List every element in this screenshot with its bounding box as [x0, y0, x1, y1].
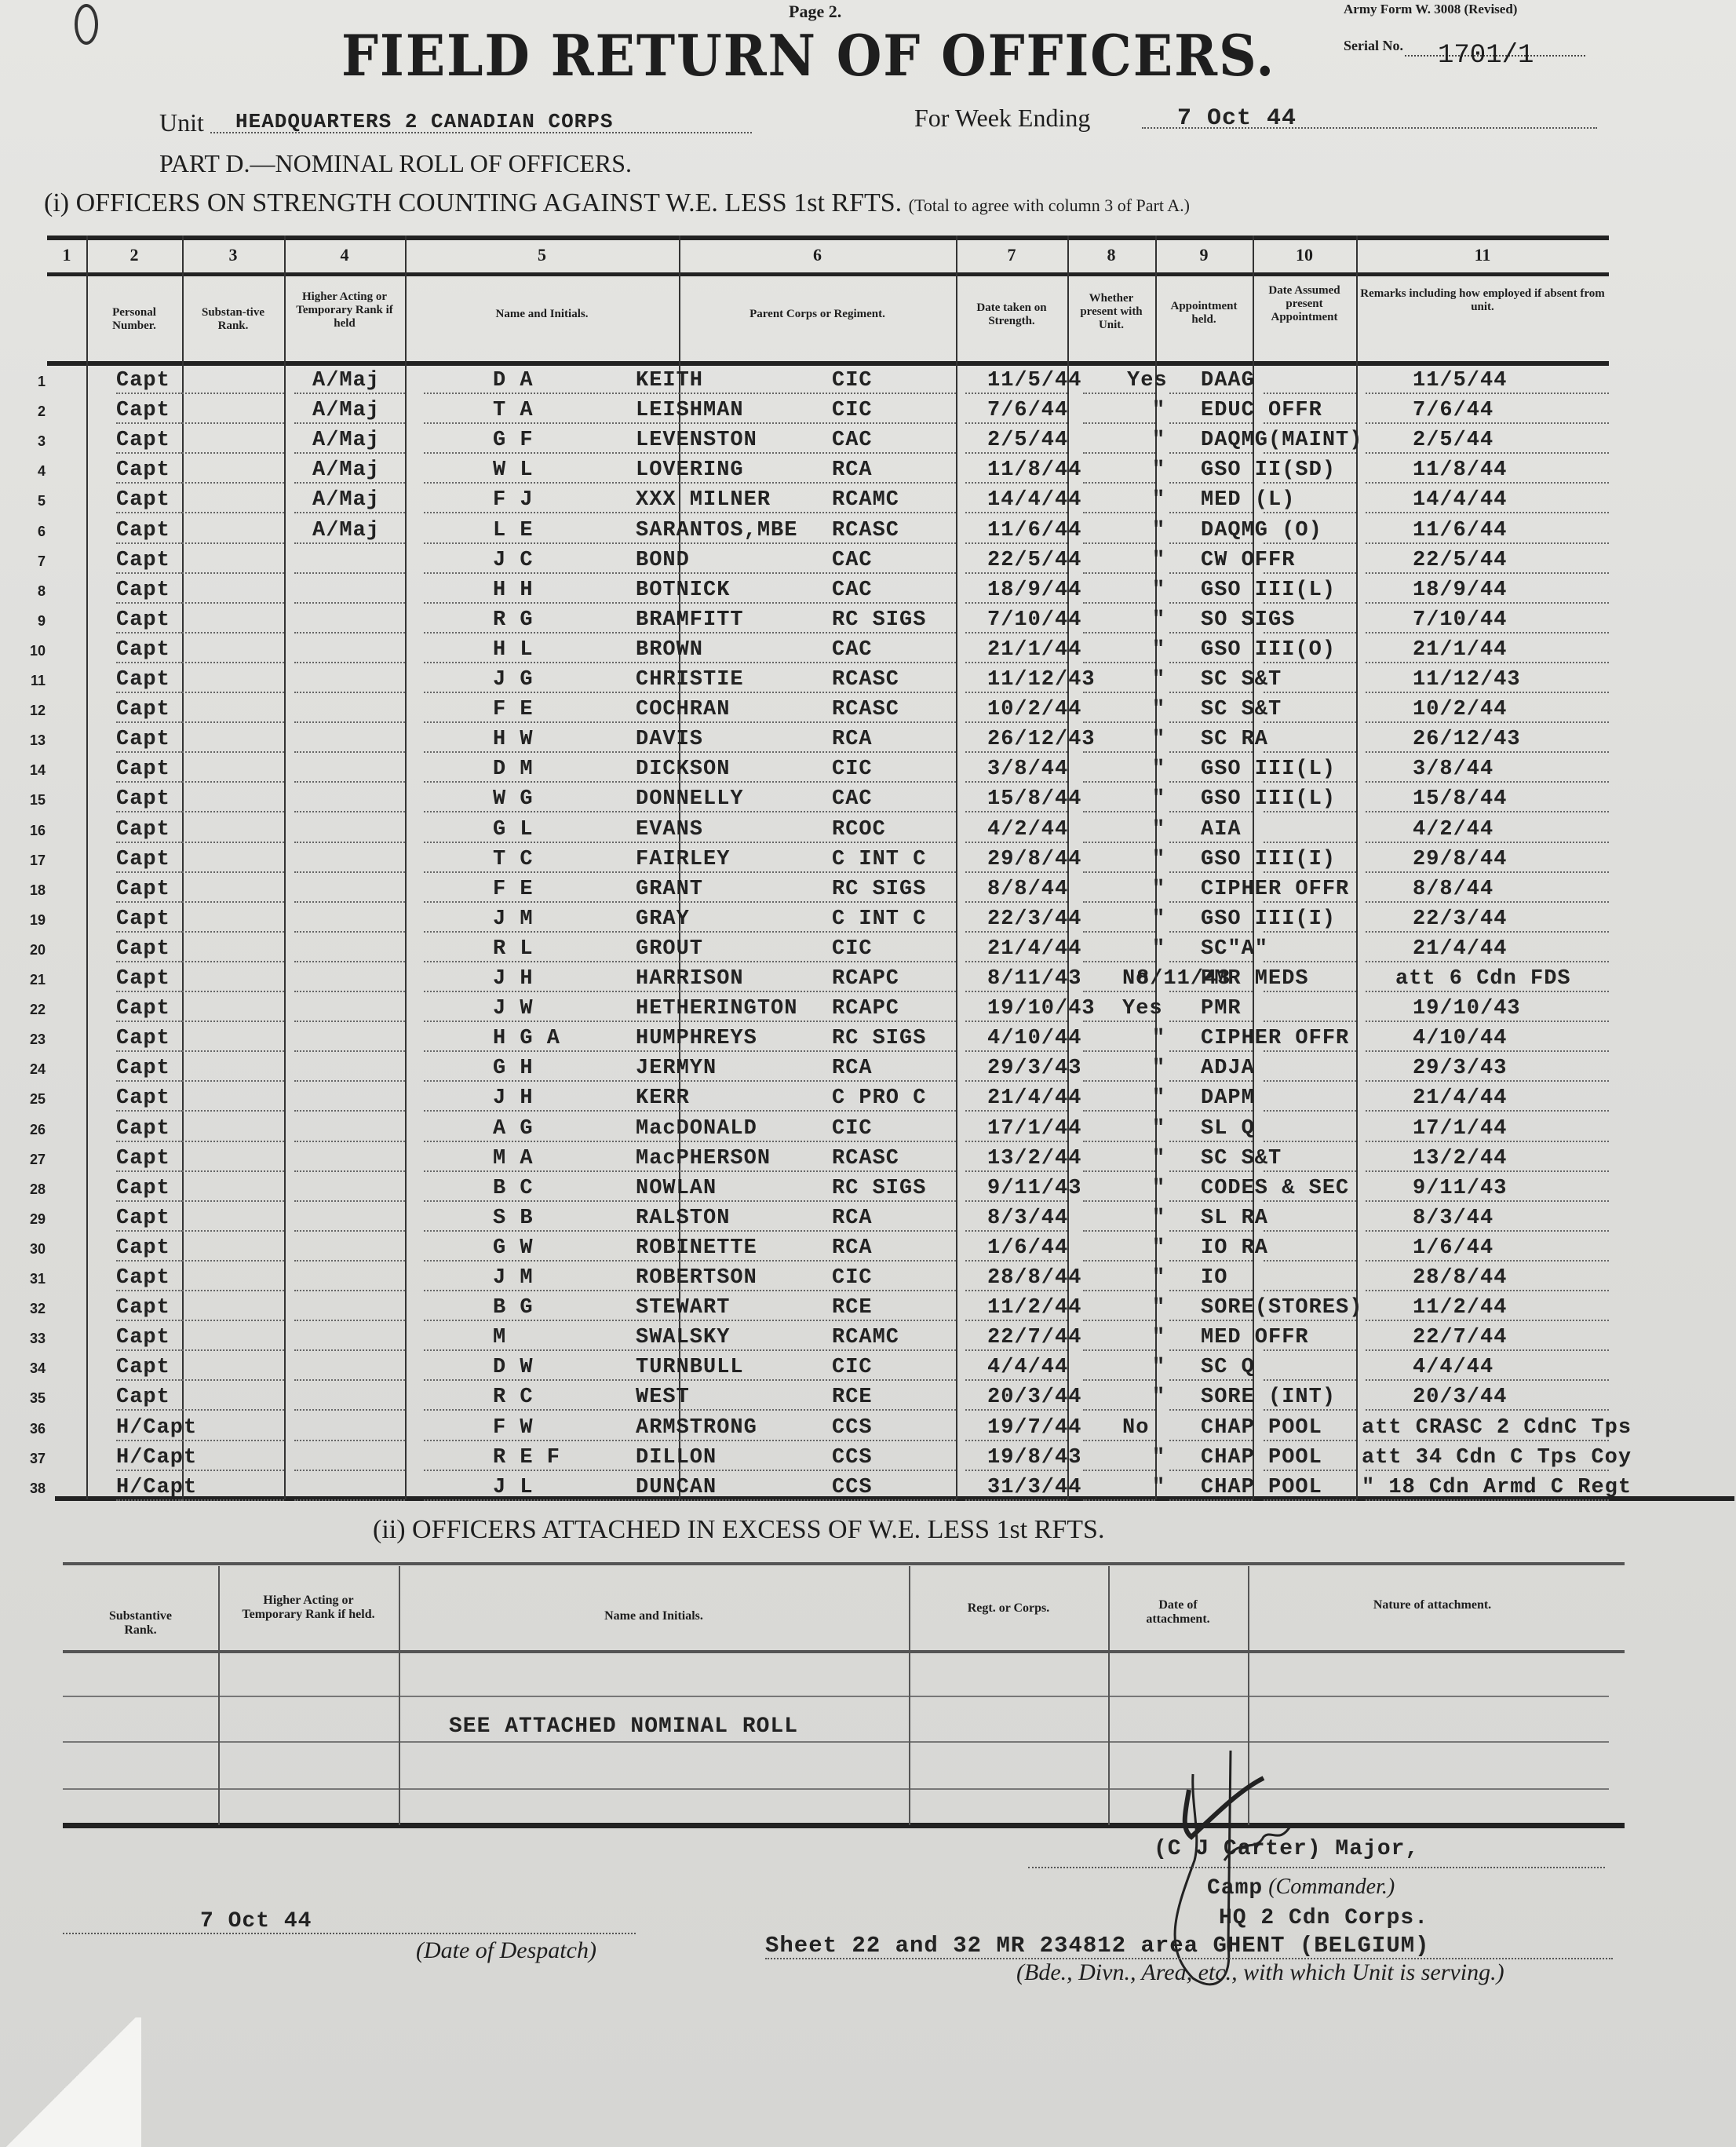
writing-line [1083, 721, 1155, 723]
substantive-rank: Capt [116, 728, 170, 751]
writing-line [294, 632, 405, 634]
date-assumed: 9/11/43 [1413, 1177, 1507, 1200]
writing-line [1366, 991, 1609, 992]
unit-location: Sheet 22 and 32 MR 234812 area GHENT (BE… [765, 1933, 1430, 1959]
appointment-held: SC S&T [1201, 698, 1282, 721]
writing-line [1083, 961, 1155, 962]
row-number: 4 [14, 463, 46, 480]
writing-line [1366, 662, 1609, 663]
unit-value: HEADQUARTERS 2 CANADIAN CORPS [235, 110, 613, 133]
date-assumed: 20/3/44 [1413, 1386, 1507, 1409]
writing-line [182, 781, 284, 783]
despatch-date: 7 Oct 44 [200, 1909, 312, 1933]
appointment-held: CIPHER OFFR [1201, 878, 1349, 901]
row-number: 36 [14, 1421, 46, 1437]
substantive-rank: Capt [116, 758, 170, 781]
higher-rank: A/Maj [312, 429, 380, 452]
writing-line [424, 1440, 956, 1441]
higher-rank: A/Maj [312, 488, 380, 512]
surname: GRANT [636, 878, 703, 901]
initials: T C [493, 848, 534, 871]
writing-line [1366, 1499, 1609, 1501]
substantive-rank: Capt [116, 997, 170, 1021]
writing-line [1169, 1440, 1253, 1441]
writing-line [294, 1440, 405, 1441]
writing-line [1264, 931, 1356, 933]
initials: F E [493, 878, 534, 901]
substantive-rank: Capt [116, 787, 170, 811]
writing-line [1169, 842, 1253, 843]
writing-line [1169, 1290, 1253, 1291]
writing-line [1264, 1230, 1356, 1232]
surname: ARMSTRONG [636, 1416, 757, 1440]
substantive-rank: Capt [116, 579, 170, 602]
writing-line [116, 1230, 182, 1232]
writing-line [1169, 512, 1253, 513]
initials: G H [493, 1057, 534, 1080]
column-header: Date Assumed present Appointment [1256, 284, 1353, 324]
surname: LEVENSTON [636, 429, 757, 452]
initials: D W [493, 1356, 534, 1379]
present-with-unit: " [1152, 1207, 1165, 1230]
writing-line [1083, 781, 1155, 783]
writing-line [116, 692, 182, 693]
column-number: 5 [405, 245, 679, 265]
row-number: 28 [14, 1181, 46, 1198]
substantive-rank: Capt [116, 429, 170, 452]
appointment-held: CODES & SEC [1201, 1177, 1349, 1200]
writing-line [965, 422, 1067, 424]
date-assumed: 4/2/44 [1413, 818, 1493, 842]
date-assumed: 7/10/44 [1413, 608, 1507, 632]
substantive-rank: Capt [116, 1027, 170, 1050]
writing-line [1083, 1050, 1155, 1052]
appointment-held: SL RA [1201, 1207, 1268, 1230]
substantive-rank: Capt [116, 1147, 170, 1170]
role-printed: (Commander.) [1268, 1875, 1395, 1899]
initials: D M [493, 758, 534, 781]
writing-line [294, 781, 405, 783]
writing-line [1083, 1170, 1155, 1172]
writing-line [116, 1080, 182, 1082]
writing-line [294, 422, 405, 424]
writing-line [1264, 692, 1356, 693]
parent-corps: RCASC [832, 519, 899, 542]
writing-line [182, 751, 284, 753]
writing-line [1264, 542, 1356, 544]
table-row: 2CaptA/MajT ALEISHMANCIC7/6/44"EDUC OFFR… [0, 399, 1736, 429]
column-header: Date taken on Strength. [959, 301, 1064, 328]
initials: R E F [493, 1446, 560, 1470]
appointment-held: ADJA [1201, 1057, 1255, 1080]
appointment-held: CHAP POOL [1201, 1476, 1322, 1499]
writing-line [1366, 512, 1609, 513]
date-taken-on-strength: 22/7/44 [987, 1326, 1081, 1349]
surname: SARANTOS,MBE [636, 519, 797, 542]
parent-corps: CCS [832, 1476, 873, 1499]
writing-line [1169, 602, 1253, 604]
week-ending-value: 7 Oct 44 [1177, 105, 1297, 132]
column-number: 3 [182, 245, 284, 265]
writing-line [182, 1080, 284, 1082]
writing-line [1169, 1230, 1253, 1232]
writing-line [965, 991, 1067, 992]
writing-line [424, 1409, 956, 1411]
present-with-unit: " [1152, 1086, 1165, 1110]
date-taken-on-strength: 19/7/44 [987, 1416, 1081, 1440]
document-title: FIELD RETURN OF OFFICERS. [341, 22, 1275, 89]
column-divider [399, 1566, 400, 1825]
signature-line [1028, 1867, 1605, 1868]
writing-line [1083, 1320, 1155, 1321]
substantive-rank: Capt [116, 1117, 170, 1141]
parent-corps: CAC [832, 549, 873, 572]
appointment-held: GSO III(I) [1201, 848, 1336, 871]
appointment-held: GSO III(L) [1201, 758, 1336, 781]
writing-line [965, 542, 1067, 544]
initials: G L [493, 818, 534, 842]
present-with-unit: " [1152, 608, 1165, 632]
writing-line [182, 1379, 284, 1381]
table-row: 1CaptA/MajD AKEITHCIC11/5/44YesDAAG11/5/… [0, 369, 1736, 399]
present-with-unit: " [1152, 1386, 1165, 1409]
row-number: 16 [14, 823, 46, 839]
writing-line [1169, 961, 1253, 962]
parent-corps: RCE [832, 1296, 873, 1320]
unit-label: Unit [159, 108, 204, 137]
initials: A G [493, 1117, 534, 1141]
section1-heading: (i) OFFICERS ON STRENGTH COUNTING AGAINS… [44, 188, 902, 217]
present-with-unit: " [1152, 579, 1165, 602]
writing-line [965, 1110, 1067, 1112]
writing-line [182, 1170, 284, 1172]
writing-line [1264, 811, 1356, 812]
date-assumed: 18/9/44 [1413, 579, 1507, 602]
column-header: Remarks including how employed if absent… [1359, 287, 1606, 314]
writing-line [1083, 1409, 1155, 1411]
writing-line [1366, 482, 1609, 484]
row-number: 38 [14, 1481, 46, 1497]
appointment-held: CIPHER OFFR [1201, 1027, 1349, 1050]
appointment-held: SC RA [1201, 728, 1268, 751]
writing-line [1083, 1141, 1155, 1142]
table-row: 37H/CaptR E FDILLONCCS19/8/43"CHAP POOLa… [0, 1446, 1736, 1476]
table-row: 4CaptA/MajW LLOVERINGRCA11/8/44"GSO II(S… [0, 458, 1736, 488]
initials: F E [493, 698, 534, 721]
present-with-unit: " [1152, 878, 1165, 901]
writing-line [294, 1499, 405, 1501]
column-number: 9 [1155, 245, 1253, 265]
date-taken-on-strength: 31/3/44 [987, 1476, 1081, 1499]
writing-line [965, 512, 1067, 513]
writing-line [1366, 1200, 1609, 1202]
writing-line [1264, 751, 1356, 753]
writing-line [965, 1409, 1067, 1411]
writing-line [965, 1470, 1067, 1471]
writing-line [1083, 871, 1155, 873]
surname: ROBERTSON [636, 1266, 757, 1290]
appointment-held: DAQMG(MAINT) [1201, 429, 1362, 452]
row-number: 15 [14, 792, 46, 809]
date-taken-on-strength: 22/5/44 [987, 549, 1081, 572]
table-row: 6CaptA/MajL ESARANTOS,MBERCASC11/6/44"DA… [0, 519, 1736, 549]
writing-line [1366, 1170, 1609, 1172]
writing-line [182, 1260, 284, 1262]
writing-line [1169, 901, 1253, 903]
date-assumed: 4/10/44 [1413, 1027, 1507, 1050]
writing-line [116, 1290, 182, 1291]
writing-line [294, 961, 405, 962]
writing-line [1366, 1470, 1609, 1471]
date-assumed: 21/4/44 [1413, 1086, 1507, 1110]
despatch-label: (Date of Despatch) [416, 1937, 596, 1964]
date-taken-on-strength: 15/8/44 [987, 787, 1081, 811]
section1-note: (Total to agree with column 3 of Part A.… [909, 195, 1190, 215]
writing-line [1366, 1080, 1609, 1082]
row-number: 30 [14, 1241, 46, 1258]
writing-line [116, 721, 182, 723]
substantive-rank: H/Capt [116, 1446, 197, 1470]
row-number: 1 [14, 374, 46, 390]
writing-line [182, 842, 284, 843]
writing-line [1083, 842, 1155, 843]
writing-line [116, 1141, 182, 1142]
writing-line [294, 1141, 405, 1142]
writing-line [1083, 512, 1155, 513]
initials: J M [493, 907, 534, 931]
writing-line [116, 632, 182, 634]
field-return-document: Page 2. Army Form W. 3008 (Revised) FIEL… [0, 0, 1736, 2147]
writing-line [424, 1320, 956, 1321]
writing-line [182, 1230, 284, 1232]
table-row: 35CaptR CWESTRCE20/3/44"SORE (INT)20/3/4… [0, 1386, 1736, 1415]
date-assumed: 21/4/44 [1413, 937, 1507, 961]
writing-line [294, 512, 405, 513]
initials: D A [493, 369, 534, 393]
table-row: 26CaptA GMacDONALDCIC17/1/44"SL Q17/1/44 [0, 1117, 1736, 1147]
parent-corps: RCASC [832, 668, 899, 692]
appointment-held: CHAP POOL [1201, 1416, 1322, 1440]
writing-line [424, 1230, 956, 1232]
row-number: 32 [14, 1301, 46, 1317]
writing-line [1366, 871, 1609, 873]
appointment-held: SL Q [1201, 1117, 1255, 1141]
higher-rank: A/Maj [312, 369, 380, 393]
column-number: 6 [679, 245, 956, 265]
writing-line [965, 1141, 1067, 1142]
writing-line [1264, 662, 1356, 663]
table-row: 31CaptJ MROBERTSONCIC28/8/44"IO28/8/44 [0, 1266, 1736, 1296]
writing-line [1169, 811, 1253, 812]
table-row: 28CaptB CNOWLANRC SIGS9/11/43"CODES & SE… [0, 1177, 1736, 1207]
row-number: 11 [14, 673, 46, 689]
writing-line [1169, 692, 1253, 693]
row-number: 35 [14, 1390, 46, 1407]
initials: B G [493, 1296, 534, 1320]
date-assumed: 22/3/44 [1413, 907, 1507, 931]
date-taken-on-strength: 2/5/44 [987, 429, 1068, 452]
writing-line [1169, 452, 1253, 454]
row-number: 27 [14, 1152, 46, 1168]
table-row: 22CaptJ WHETHERINGTONRCAPC19/10/43YesPMR… [0, 997, 1736, 1027]
surname: BRAMFITT [636, 608, 744, 632]
initials: G F [493, 429, 534, 452]
appointment-held: GSO III(L) [1201, 787, 1336, 811]
writing-line [182, 1349, 284, 1351]
row-number: 25 [14, 1091, 46, 1108]
row-number: 7 [14, 553, 46, 570]
table-row: 17CaptT CFAIRLEYC INT C29/8/44"GSO III(I… [0, 848, 1736, 878]
writing-line [424, 1470, 956, 1471]
parent-corps: CIC [832, 1266, 873, 1290]
writing-line [1366, 1379, 1609, 1381]
date-taken-on-strength: 20/3/44 [987, 1386, 1081, 1409]
column-header: Substan-tive Rank. [185, 306, 281, 333]
writing-line [424, 632, 956, 634]
initials: J M [493, 1266, 534, 1290]
writing-line [965, 811, 1067, 812]
parent-corps: RCAPC [832, 997, 899, 1021]
writing-line [1264, 422, 1356, 424]
table-row: 11CaptJ GCHRISTIERCASC11/12/43"SC S&T11/… [0, 668, 1736, 698]
column-number: 7 [956, 245, 1067, 265]
writing-line [116, 1320, 182, 1321]
writing-line [1366, 751, 1609, 753]
table-row: 30CaptG WROBINETTERCA1/6/44"IO RA1/6/44 [0, 1236, 1736, 1266]
header-bottom-rule [47, 361, 1609, 366]
column-header: Appointment held. [1158, 300, 1249, 327]
writing-line [182, 452, 284, 454]
writing-line [1169, 482, 1253, 484]
surname: DILLON [636, 1446, 717, 1470]
date-taken-on-strength: 11/5/44 [987, 369, 1081, 393]
column-number-rule [47, 272, 1609, 276]
writing-line [116, 1499, 182, 1501]
initials: L E [493, 519, 534, 542]
writing-line [1264, 1260, 1356, 1262]
section2-line [63, 1788, 1609, 1790]
surname: FAIRLEY [636, 848, 730, 871]
writing-line [1366, 1349, 1609, 1351]
writing-line [1264, 1290, 1356, 1291]
writing-line [294, 1290, 405, 1291]
row-number: 31 [14, 1271, 46, 1287]
writing-line [294, 542, 405, 544]
writing-line [294, 1349, 405, 1351]
row-number: 20 [14, 942, 46, 958]
surname: MacDONALD [636, 1117, 757, 1141]
writing-line [965, 572, 1067, 574]
writing-line [1169, 1320, 1253, 1321]
writing-line [182, 482, 284, 484]
date-taken-on-strength: 4/2/44 [987, 818, 1068, 842]
parent-corps: C PRO C [832, 1086, 926, 1110]
writing-line [1083, 422, 1155, 424]
writing-line [424, 1499, 956, 1501]
present-with-unit: " [1152, 1356, 1165, 1379]
appointment-held: AIA [1201, 818, 1242, 842]
substantive-rank: Capt [116, 1057, 170, 1080]
row-number: 29 [14, 1211, 46, 1228]
date-taken-on-strength: 14/4/44 [987, 488, 1081, 512]
date-taken-on-strength: 10/2/44 [987, 698, 1081, 721]
writing-line [424, 871, 956, 873]
section2-column-header: Name and Initials. [399, 1609, 909, 1623]
writing-line [116, 1440, 182, 1441]
writing-line [424, 1200, 956, 1202]
table-row: 24CaptG HJERMYNRCA29/3/43"ADJA29/3/43 [0, 1057, 1736, 1086]
serial-value: 1701/1 [1438, 41, 1534, 71]
writing-line [424, 662, 956, 663]
present-with-unit: " [1152, 1057, 1165, 1080]
writing-line [424, 961, 956, 962]
writing-line [294, 931, 405, 933]
writing-line [965, 632, 1067, 634]
surname: GROUT [636, 937, 703, 961]
writing-line [1083, 1379, 1155, 1381]
present-with-unit: " [1152, 1236, 1165, 1260]
surname: BOND [636, 549, 690, 572]
initials: R G [493, 608, 534, 632]
writing-line [116, 811, 182, 812]
present-with-unit: " [1152, 907, 1165, 931]
writing-line [182, 1110, 284, 1112]
writing-line [965, 1080, 1067, 1082]
writing-line [1169, 1260, 1253, 1262]
writing-line [116, 452, 182, 454]
column-number: 11 [1356, 245, 1609, 265]
surname: DAVIS [636, 728, 703, 751]
section2-line [63, 1741, 1609, 1743]
writing-line [116, 991, 182, 992]
table-row: 34CaptD WTURNBULLCIC4/4/44"SC Q4/4/44 [0, 1356, 1736, 1386]
surname: LOVERING [636, 458, 744, 482]
surname: WEST [636, 1386, 690, 1409]
substantive-rank: Capt [116, 1296, 170, 1320]
writing-line [1366, 1230, 1609, 1232]
date-taken-on-strength: 8/11/43 [987, 967, 1081, 991]
row-number: 12 [14, 703, 46, 719]
present-with-unit: Yes [1122, 997, 1163, 1021]
appointment-held: GSO II(SD) [1201, 458, 1336, 482]
date-taken-on-strength: 18/9/44 [987, 579, 1081, 602]
initials: M A [493, 1147, 534, 1170]
table-row: 8CaptH HBOTNICKCAC18/9/44"GSO III(L)18/9… [0, 579, 1736, 608]
writing-line [116, 1260, 182, 1262]
surname: LEISHMAN [636, 399, 744, 422]
surname: SWALSKY [636, 1326, 730, 1349]
initials: W L [493, 458, 534, 482]
section2-column-header: Regt. or Corps. [909, 1601, 1108, 1616]
present-with-unit: " [1152, 488, 1165, 512]
date-assumed: 11/8/44 [1413, 458, 1507, 482]
initials: J G [493, 668, 534, 692]
row-number: 22 [14, 1002, 46, 1018]
writing-line [1366, 542, 1609, 544]
writing-line [1366, 721, 1609, 723]
date-taken-on-strength: 4/4/44 [987, 1356, 1068, 1379]
surname: DICKSON [636, 758, 730, 781]
initials: R C [493, 1386, 534, 1409]
appointment-held: IO [1201, 1266, 1227, 1290]
writing-line [1366, 572, 1609, 574]
surname: BROWN [636, 638, 703, 662]
surname: HETHERINGTON [636, 997, 797, 1021]
writing-line [424, 811, 956, 812]
surname: MacPHERSON [636, 1147, 771, 1170]
date-taken-on-strength: 26/12/43 [987, 728, 1096, 751]
writing-line [1083, 901, 1155, 903]
